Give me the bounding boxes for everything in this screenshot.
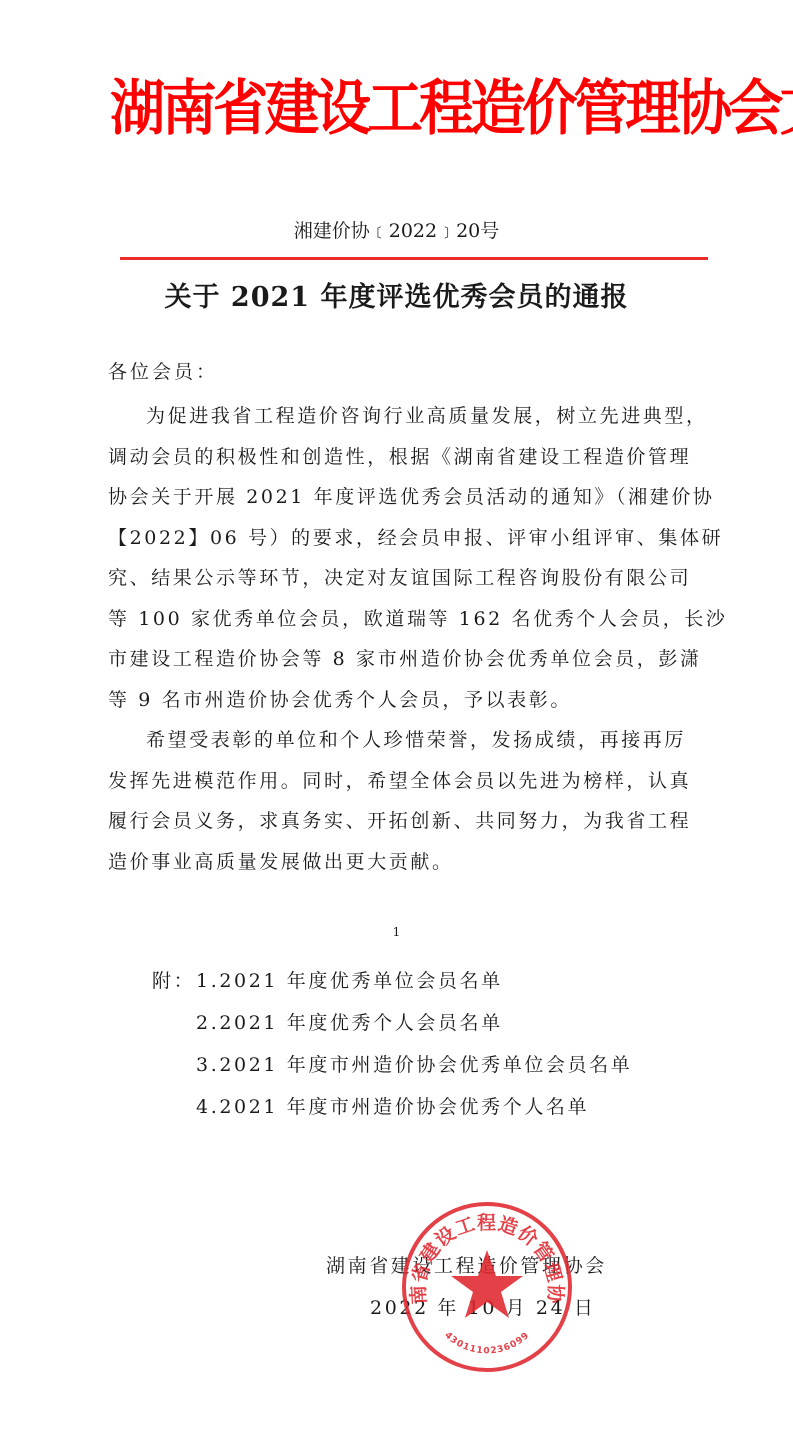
signature-organization: 湖南省建设工程造价管理协会 (326, 1252, 607, 1280)
attachment-item: 4.2021 年度市州造价协会优秀个人名单 (152, 1086, 712, 1128)
page-number: 1 (0, 924, 793, 940)
org-header-title: 湖南省建设工程造价管理协会文件 (110, 64, 653, 154)
body-line: 市建设工程造价协会等 8 家市州造价协会优秀单位会员，彭潇 (108, 639, 688, 680)
body-line: 等 9 名市州造价协会优秀个人会员，予以表彰。 (108, 680, 688, 721)
body-line: 调动会员的积极性和创造性，根据《湖南省建设工程造价管理 (108, 437, 688, 478)
body-line: 协会关于开展 2021 年度评选优秀会员活动的通知》（湘建价协 (108, 477, 688, 518)
seal-code: 4301110236099 (442, 1330, 531, 1356)
attachment-item: 附：1.2021 年度优秀单位会员名单 (152, 960, 712, 1002)
attachment-label: 4.2021 年度市州造价协会优秀个人名单 (196, 1096, 589, 1118)
notice-body: 为促进我省工程造价咨询行业高质量发展，树立先进典型， 调动会员的积极性和创造性，… (108, 396, 688, 882)
body-line: 履行会员义务，求真务实、开拓创新、共同努力，为我省工程 (108, 801, 688, 842)
attachment-item: 3.2021 年度市州造价协会优秀单位会员名单 (152, 1044, 712, 1086)
body-line: 究、结果公示等环节，决定对友谊国际工程咨询股份有限公司 (108, 558, 688, 599)
notice-title: 关于 2021 年度评选优秀会员的通报 (0, 278, 793, 318)
red-divider (120, 257, 708, 260)
attachments-list: 附：1.2021 年度优秀单位会员名单 2.2021 年度优秀个人会员名单 3.… (152, 960, 712, 1128)
document-page: 湖南省建设工程造价管理协会文件 湘建价协﹝2022﹞20号 关于 2021 年度… (0, 0, 793, 1446)
svg-text:4301110236099: 4301110236099 (442, 1330, 531, 1356)
attachment-item: 2.2021 年度优秀个人会员名单 (152, 1002, 712, 1044)
signature-date: 2022 年 10 月 24 日 (370, 1294, 596, 1322)
official-seal-icon: 湖南省建设工程造价管理协会 4301110236099 (400, 1200, 574, 1374)
attachment-label: 2.2021 年度优秀个人会员名单 (196, 1012, 503, 1034)
salutation: 各位会员： (108, 358, 218, 386)
body-line: 为促进我省工程造价咨询行业高质量发展，树立先进典型， (108, 396, 688, 437)
body-line: 造价事业高质量发展做出更大贡献。 (108, 842, 688, 883)
attachment-label: 1.2021 年度优秀单位会员名单 (196, 970, 503, 992)
document-number: 湘建价协﹝2022﹞20号 (0, 218, 793, 244)
attachment-label: 3.2021 年度市州造价协会优秀单位会员名单 (196, 1054, 632, 1076)
body-line: 等 100 家优秀单位会员，欧道瑞等 162 名优秀个人会员，长沙 (108, 599, 688, 640)
attachments-prefix: 附： (152, 960, 196, 1002)
body-line: 发挥先进模范作用。同时，希望全体会员以先进为榜样，认真 (108, 761, 688, 802)
body-line: 【2022】06 号）的要求，经会员申报、评审小组评审、集体研 (108, 518, 688, 559)
body-line: 希望受表彰的单位和个人珍惜荣誉，发扬成绩，再接再厉 (108, 720, 688, 761)
